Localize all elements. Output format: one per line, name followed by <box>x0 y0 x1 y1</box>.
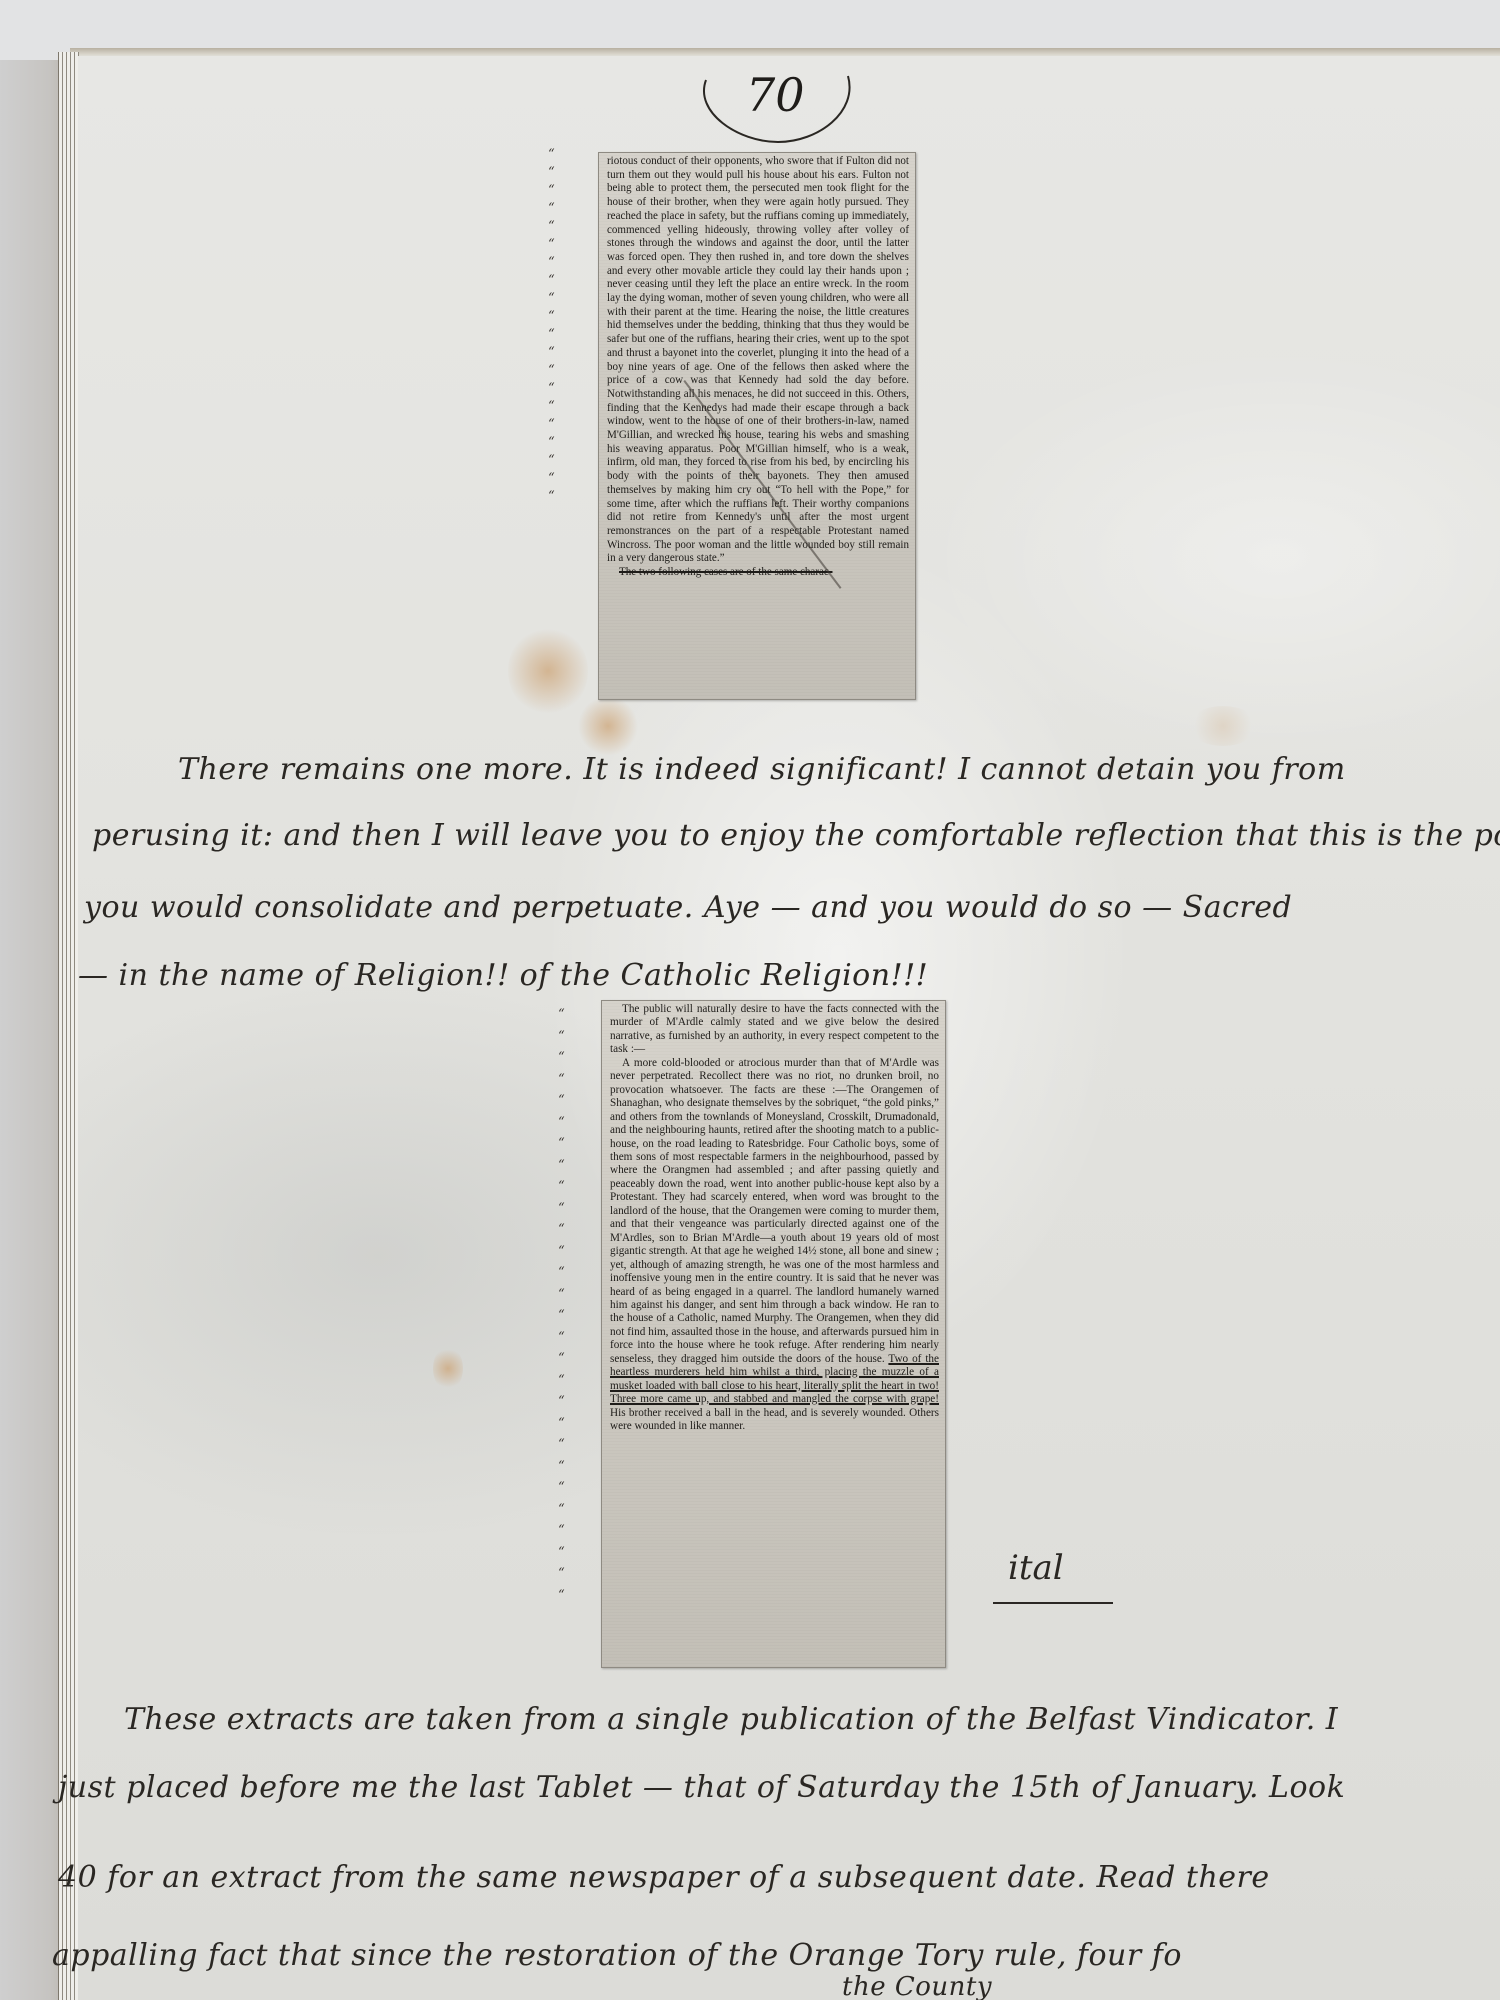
clipping-body: A more cold-blooded or atrocious murder … <box>610 1057 939 1434</box>
clipping-intro: The public will naturally desire to have… <box>610 1003 939 1057</box>
margin-annotation-ital: ital <box>1008 1548 1064 1588</box>
handwriting-line-3: you would consolidate and perpetuate. Ay… <box>84 890 1292 925</box>
handwriting-interlinear-county: the County <box>842 1972 992 2000</box>
handwriting-line-5: These extracts are taken from a single p… <box>124 1702 1338 1737</box>
paper-stain <box>578 696 638 756</box>
handwriting-line-4: — in the name of Religion!! of the Catho… <box>78 958 928 993</box>
folio-number-text: 70 <box>746 68 805 122</box>
clipping-paragraph: riotous conduct of their opponents, who … <box>607 155 909 566</box>
margin-quote-marks-2: ““““““““““““““““““““““““““““ <box>558 1004 565 1606</box>
page-stack-edge <box>58 52 79 2000</box>
handwriting-line-8: appalling fact that since the restoratio… <box>52 1938 1182 1973</box>
paper-stain <box>1188 706 1258 746</box>
folio-number: 70 <box>698 62 853 144</box>
handwriting-line-2: perusing it: and then I will leave you t… <box>92 818 1500 853</box>
paper-stain <box>433 1346 463 1391</box>
annotation-underline <box>993 1602 1113 1604</box>
newspaper-clipping-kennedy: riotous conduct of their opponents, who … <box>598 152 916 700</box>
margin-quote-marks-1: ““““““““““““““““““““ <box>548 146 555 506</box>
handwriting-line-6: just placed before me the last Tablet — … <box>58 1770 1345 1805</box>
struck-through-line: The two following cases are of the same … <box>607 566 909 580</box>
handwriting-line-1: There remains one more. It is indeed sig… <box>178 752 1346 787</box>
handwriting-line-7: 40 for an extract from the same newspape… <box>58 1860 1270 1895</box>
paper-stain <box>508 626 588 716</box>
newspaper-clipping-mardle: The public will naturally desire to have… <box>601 1000 946 1668</box>
